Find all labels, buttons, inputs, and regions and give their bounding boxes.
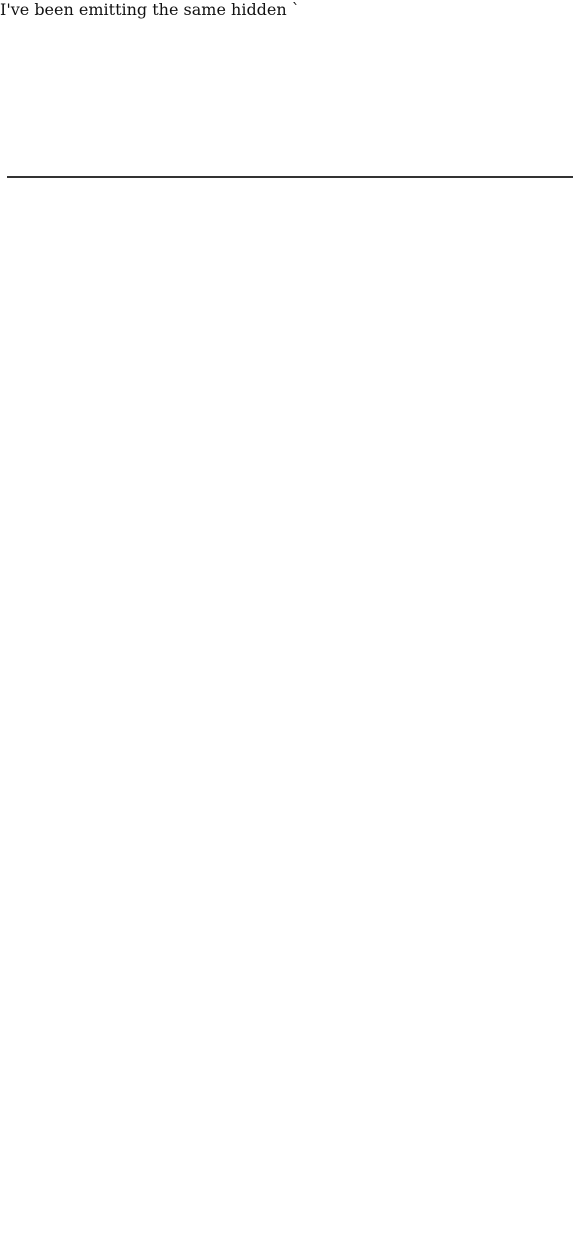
document-page: I've been emitting the same hidden `` pl…: [0, 0, 583, 19]
header-divider: [7, 176, 573, 178]
